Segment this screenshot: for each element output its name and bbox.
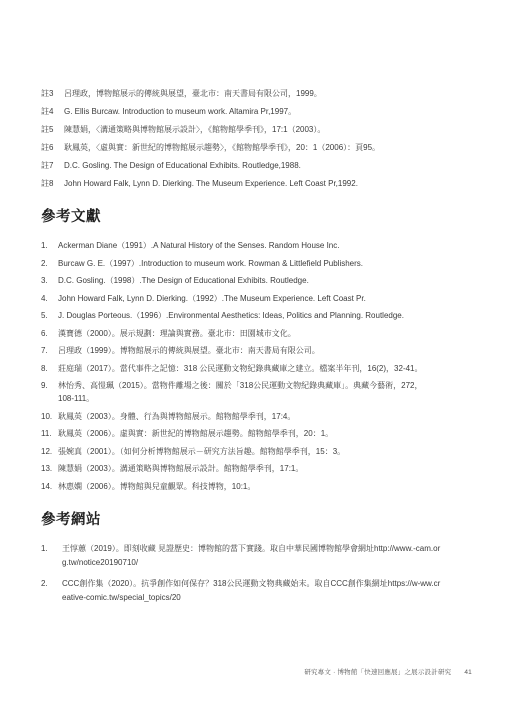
reference-item: 3. D.C. Gosling.（1998）.The Design of Edu… [41, 274, 474, 287]
footnote-label: 註3 [41, 87, 64, 100]
reference-item: 13. 陳慧娟（2003）。溝通策略與博物館展示設計。館物館學季刊，17:1。 [41, 462, 474, 475]
websites-list: 1. 王惇蕙（2019）。即刻收藏 見證歷史：博物館的當下實踐。取自中華民國博物… [41, 542, 474, 606]
footnote-label: 註4 [41, 105, 64, 118]
footnote-text: D.C. Gosling. The Design of Educational … [64, 159, 449, 172]
reference-text: 漢寶德（2000）。展示規劃：理論與實務。臺北市：田園城市文化。 [58, 327, 436, 340]
reference-number: 7. [41, 344, 58, 357]
footnote-row: 註5 陳慧娟，〈溝通策略與博物館展示設計〉，《館物館學季刊》，17:1（2003… [41, 123, 474, 136]
reference-text: Ackerman Diane（1991）.A Natural History o… [58, 239, 436, 252]
reference-number: 10. [41, 410, 58, 423]
reference-item: 4. John Howard Falk, Lynn D. Dierking.（1… [41, 292, 474, 305]
reference-item: 6. 漢寶德（2000）。展示規劃：理論與實務。臺北市：田園城市文化。 [41, 327, 474, 340]
reference-item: 14. 林惠嫻（2006）。博物館與兒童觀眾。科技博物，10:1。 [41, 480, 474, 493]
footnote-row: 註4 G. Ellis Burcaw. Introduction to muse… [41, 105, 474, 118]
reference-text: D.C. Gosling.（1998）.The Design of Educat… [58, 274, 436, 287]
website-number: 1. [41, 542, 62, 571]
reference-number: 6. [41, 327, 58, 340]
footnote-label: 註8 [41, 177, 64, 190]
website-item: 1. 王惇蕙（2019）。即刻收藏 見證歷史：博物館的當下實踐。取自中華民國博物… [41, 542, 474, 571]
reference-item: 8. 莊庭瑞（2017）。當代事件之記憶：318 公民運動文物紀錄典藏庫之建立。… [41, 362, 474, 375]
footer-page-number: 41 [464, 669, 472, 676]
footnote-row: 註8 John Howard Falk, Lynn D. Dierking. T… [41, 177, 474, 190]
website-item: 2. CCC創作集（2020）。抗爭創作如何保存？318公民運動文物典藏始末。取… [41, 577, 474, 606]
website-number: 2. [41, 577, 62, 606]
footnote-label: 註7 [41, 159, 64, 172]
reference-text: Burcaw G. E.（1997）.Introduction to museu… [58, 257, 436, 270]
reference-number: 4. [41, 292, 58, 305]
footer-running-title: 研究專文 · 博物館「快速回應展」之展示設計研究 [304, 667, 451, 676]
reference-text: 陳慧娟（2003）。溝通策略與博物館展示設計。館物館學季刊，17:1。 [58, 462, 436, 475]
footnote-text: 耿鳳英，〈虛與實：新世紀的博物館展示趨勢〉，《館物館學季刊》，20：1（2006… [64, 141, 449, 154]
footnote-label: 註6 [41, 141, 64, 154]
reference-number: 14. [41, 480, 58, 493]
reference-text: 張婉真（2001）。（如何分析博物館展示－研究方法旨趣。館物館學季刊，15：3。 [58, 445, 436, 458]
reference-text: 耿鳳英（2006）。虛與實：新世紀的博物館展示趨勢。館物館學季刊，20：1。 [58, 427, 436, 440]
reference-item: 1. Ackerman Diane（1991）.A Natural Histor… [41, 239, 474, 252]
footnote-row: 註6 耿鳳英，〈虛與實：新世紀的博物館展示趨勢〉，《館物館學季刊》，20：1（2… [41, 141, 474, 154]
reference-number: 8. [41, 362, 58, 375]
page-content: 註3 呂理政，博物館展示的傳統與展望，臺北市：南天書局有限公司，1999。 註4… [41, 87, 474, 612]
reference-item: 10. 耿鳳英（2003）。身體、行為與博物館展示。館物館學季刊，17:4。 [41, 410, 474, 423]
footnote-row: 註3 呂理政，博物館展示的傳統與展望，臺北市：南天書局有限公司，1999。 [41, 87, 474, 100]
references-heading: 參考文獻 [41, 205, 474, 226]
reference-item: 12. 張婉真（2001）。（如何分析博物館展示－研究方法旨趣。館物館學季刊，1… [41, 445, 474, 458]
reference-item: 5. J. Douglas Porteous.（1996）.Environmen… [41, 309, 474, 322]
footnote-label: 註5 [41, 123, 64, 136]
reference-number: 9. [41, 379, 58, 405]
page-footer: 研究專文 · 博物館「快速回應展」之展示設計研究 41 [304, 667, 472, 676]
reference-number: 2. [41, 257, 58, 270]
reference-item: 9. 林怡秀、高愷珮（2015）。當物件離場之後：關於「318公民運動文物紀錄典… [41, 379, 474, 405]
website-text: 王惇蕙（2019）。即刻收藏 見證歷史：博物館的當下實踐。取自中華民國博物館學會… [62, 542, 442, 571]
reference-number: 1. [41, 239, 58, 252]
reference-number: 12. [41, 445, 58, 458]
reference-text: 林怡秀、高愷珮（2015）。當物件離場之後：關於「318公民運動文物紀錄典藏庫」… [58, 379, 436, 405]
footnote-text: John Howard Falk, Lynn D. Dierking. The … [64, 177, 449, 190]
websites-heading: 參考網站 [41, 508, 474, 529]
footnote-text: 呂理政，博物館展示的傳統與展望，臺北市：南天書局有限公司，1999。 [64, 87, 449, 100]
reference-text: J. Douglas Porteous.（1996）.Environmental… [58, 309, 436, 322]
reference-number: 5. [41, 309, 58, 322]
reference-text: 呂理政（1999）。博物館展示的傳統與展望。臺北市：南天書局有限公司。 [58, 344, 436, 357]
reference-text: John Howard Falk, Lynn D. Dierking.（1992… [58, 292, 436, 305]
footnote-text: G. Ellis Burcaw. Introduction to museum … [64, 105, 449, 118]
references-list: 1. Ackerman Diane（1991）.A Natural Histor… [41, 239, 474, 493]
reference-number: 13. [41, 462, 58, 475]
footnote-row: 註7 D.C. Gosling. The Design of Education… [41, 159, 474, 172]
reference-item: 7. 呂理政（1999）。博物館展示的傳統與展望。臺北市：南天書局有限公司。 [41, 344, 474, 357]
footnotes-section: 註3 呂理政，博物館展示的傳統與展望，臺北市：南天書局有限公司，1999。 註4… [41, 87, 474, 190]
website-text: CCC創作集（2020）。抗爭創作如何保存？318公民運動文物典藏始末。取自CC… [62, 577, 442, 606]
reference-item: 2. Burcaw G. E.（1997）.Introduction to mu… [41, 257, 474, 270]
reference-number: 3. [41, 274, 58, 287]
footnote-text: 陳慧娟，〈溝通策略與博物館展示設計〉，《館物館學季刊》，17:1（2003）。 [64, 123, 449, 136]
reference-text: 林惠嫻（2006）。博物館與兒童觀眾。科技博物，10:1。 [58, 480, 436, 493]
reference-text: 耿鳳英（2003）。身體、行為與博物館展示。館物館學季刊，17:4。 [58, 410, 436, 423]
reference-item: 11. 耿鳳英（2006）。虛與實：新世紀的博物館展示趨勢。館物館學季刊，20：… [41, 427, 474, 440]
reference-number: 11. [41, 427, 58, 440]
reference-text: 莊庭瑞（2017）。當代事件之記憶：318 公民運動文物紀錄典藏庫之建立。檔案半… [58, 362, 436, 375]
